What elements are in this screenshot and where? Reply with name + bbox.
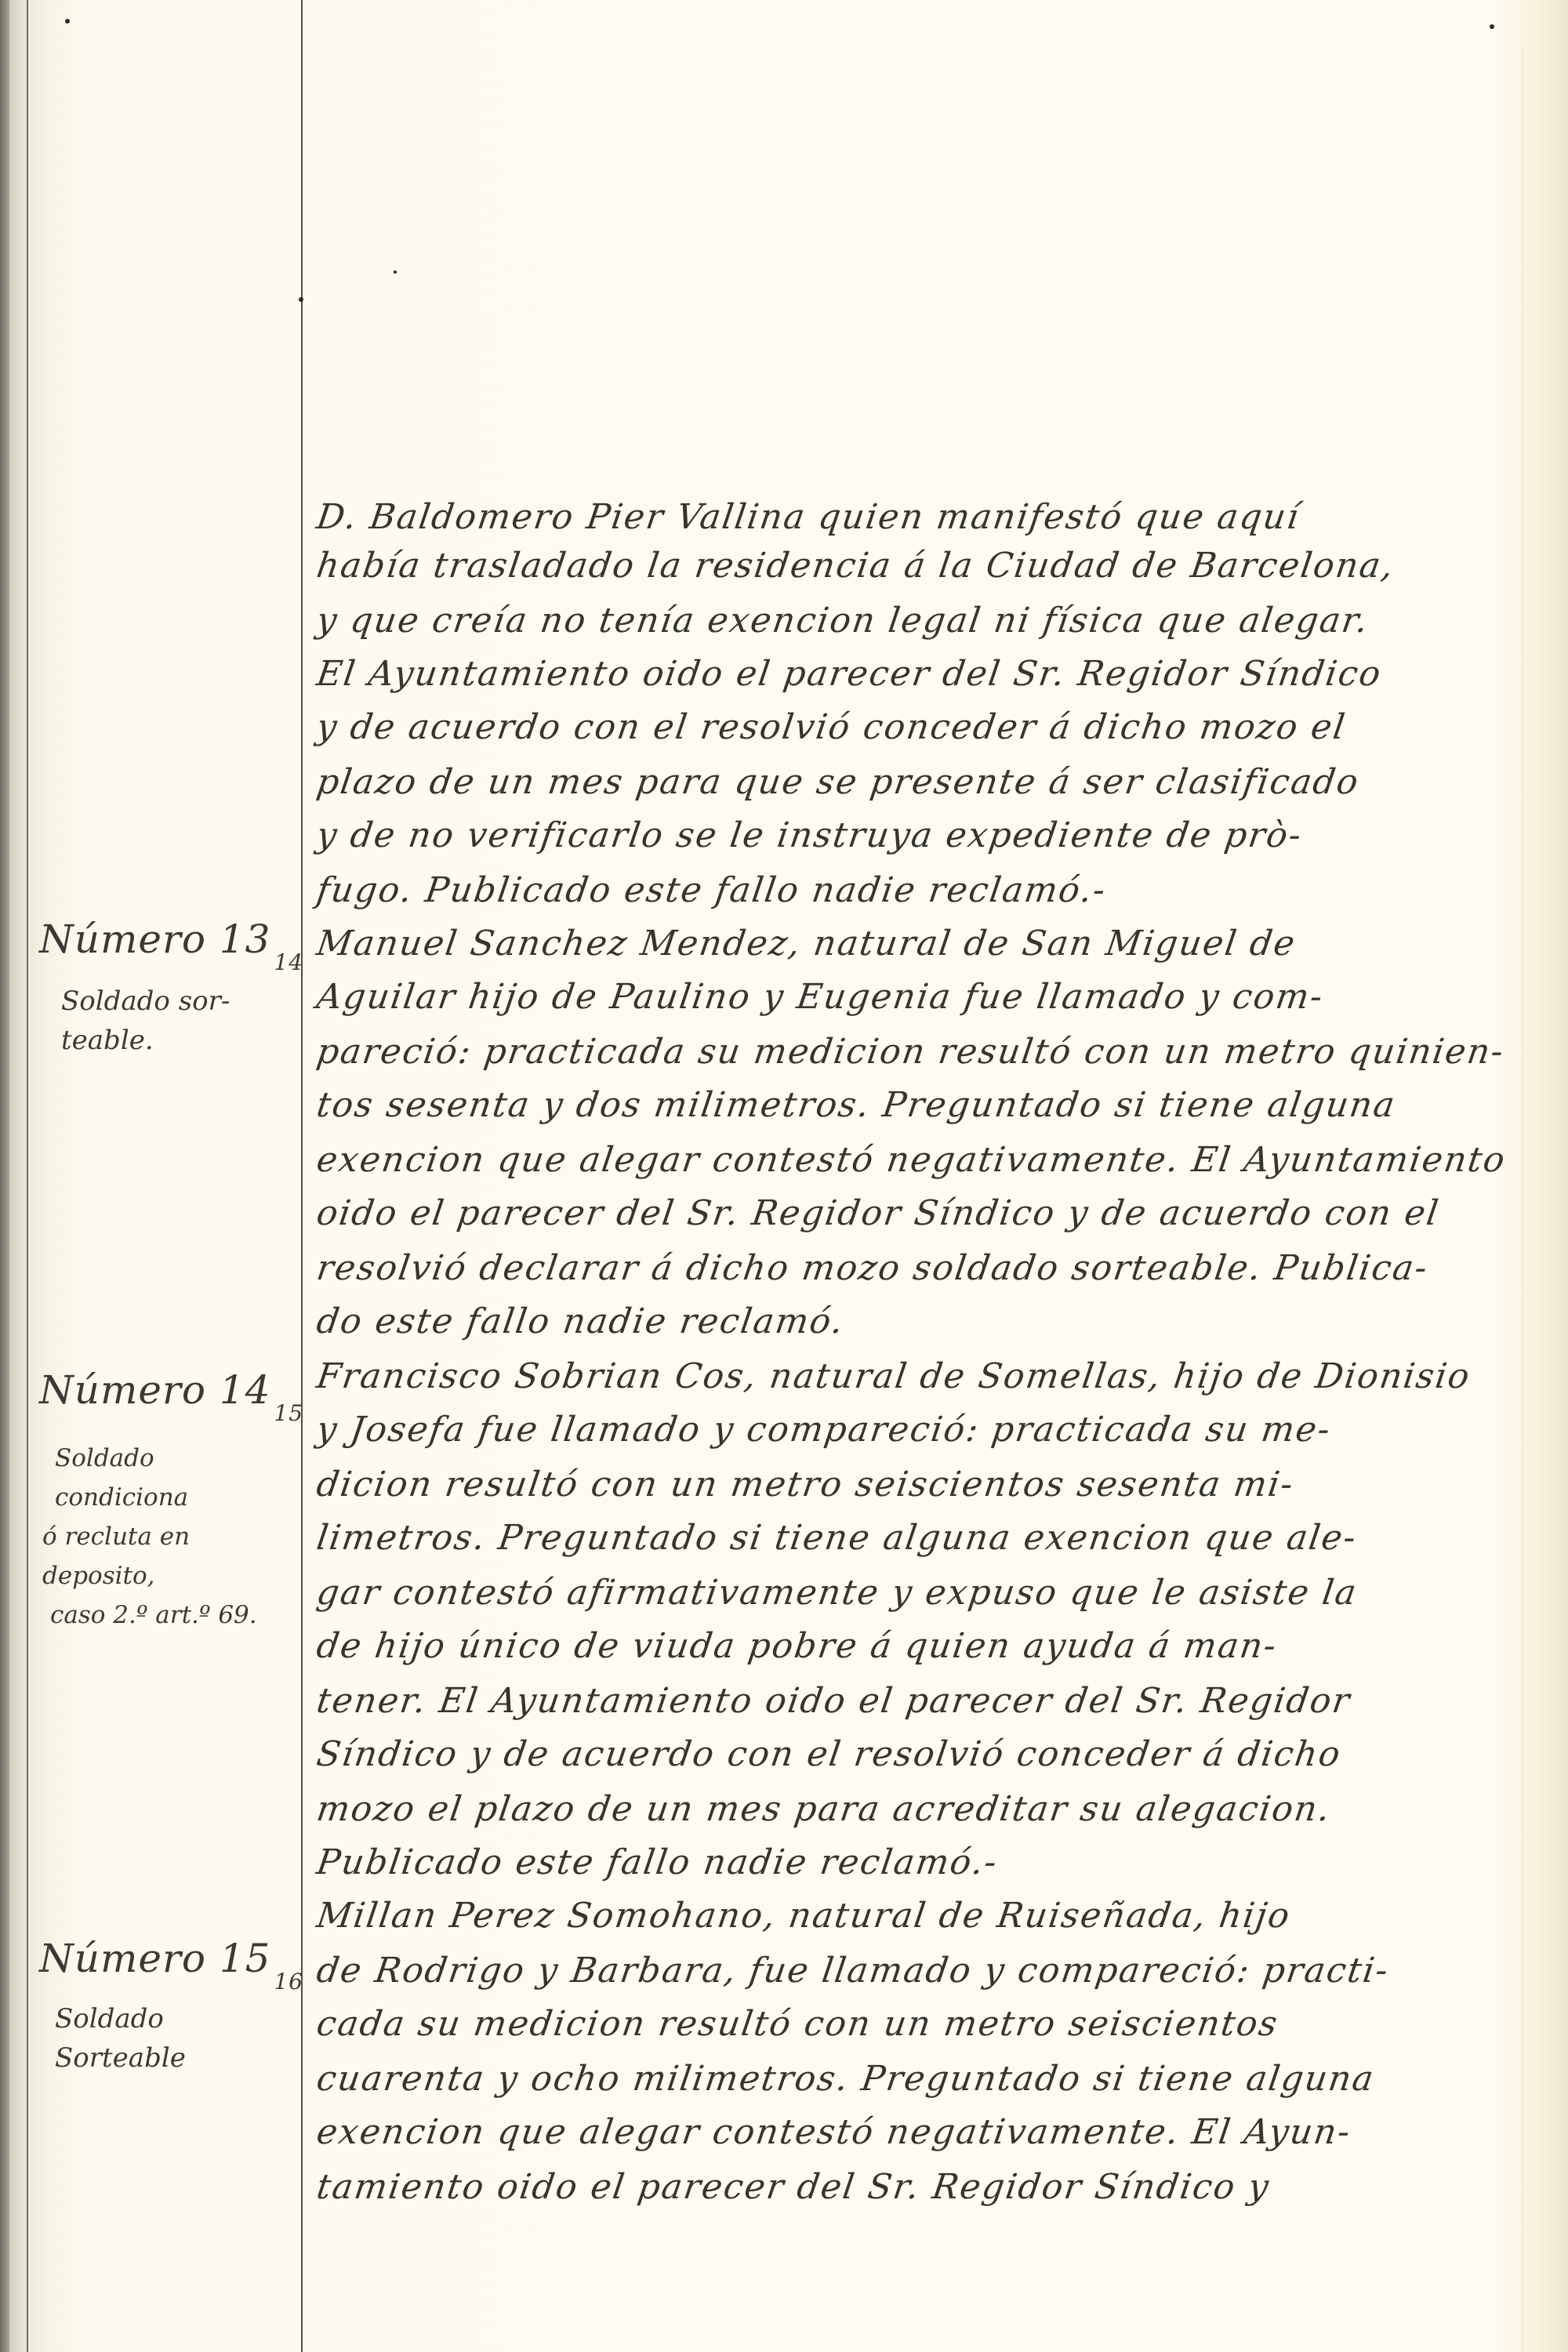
- text-line: y de acuerdo con el resolvió conceder á …: [314, 704, 1527, 751]
- text-line: cada su medicion resultó con un metro se…: [314, 2001, 1527, 2048]
- entry-number-label: Número 14: [39, 1367, 270, 1413]
- text-line: resolvió declarar á dicho mozo soldado s…: [314, 1245, 1527, 1292]
- document-page: Número 1314 Soldado sor- teable. Número …: [0, 0, 1568, 2352]
- text-line: Manuel Sanchez Mendez, natural de San Mi…: [314, 920, 1527, 967]
- text-line: D. Baldomero Pier Vallina quien manifest…: [314, 494, 1527, 541]
- text-line: y que creía no tenía exencion legal ni f…: [314, 597, 1527, 644]
- text-line: Síndico y de acuerdo con el resolvió con…: [314, 1731, 1527, 1778]
- text-line: de hijo único de viuda pobre á quien ayu…: [314, 1623, 1527, 1670]
- entry-number-correction: 15: [274, 1392, 303, 1436]
- margin-column: Número 1314 Soldado sor- teable. Número …: [39, 0, 294, 2352]
- entry-classification: Soldado Sorteable: [55, 1999, 294, 2078]
- entry-classification: Soldado condiciona: [55, 1439, 294, 1517]
- text-line: fugo. Publicado este fallo nadie reclamó…: [314, 867, 1527, 914]
- entry-number-label: Número 13: [39, 916, 270, 962]
- entry-number-correction: 14: [274, 941, 303, 985]
- text-line: Millan Perez Somohano, natural de Ruiseñ…: [314, 1893, 1527, 1940]
- text-line: mozo el plazo de un mes para acreditar s…: [314, 1786, 1527, 1833]
- text-line: gar contestó afirmativamente y expuso qu…: [314, 1570, 1527, 1617]
- book-spine-shadow: [0, 0, 9, 2352]
- body-column: D. Baldomero Pier Vallina quien manifest…: [314, 0, 1521, 2352]
- text-line: oido el parecer del Sr. Regidor Síndico …: [314, 1190, 1527, 1237]
- ink-speck: [299, 297, 303, 302]
- text-line: cuarenta y ocho milimetros. Preguntado s…: [314, 2056, 1527, 2103]
- entry-number-correction: 16: [274, 1960, 303, 2004]
- entry-number: Número 1516: [39, 1936, 294, 1987]
- text-line: plazo de un mes para que se presente á s…: [314, 759, 1527, 806]
- text-line: exencion que alegar contestó negativamen…: [314, 1137, 1527, 1184]
- entry-number-label: Número 15: [39, 1936, 270, 1981]
- text-line: y de no verificarlo se le instruya exped…: [314, 812, 1527, 859]
- text-line: tos sesenta y dos milimetros. Preguntado…: [314, 1082, 1527, 1129]
- text-line: tamiento oido el parecer del Sr. Regidor…: [314, 2164, 1527, 2211]
- entry-classification: ó recluta en deposito,: [42, 1517, 294, 1595]
- text-line: de Rodrigo y Barbara, fue llamado y comp…: [314, 1947, 1527, 1994]
- left-ruled-line: [27, 0, 28, 2352]
- text-line: Aguilar hijo de Paulino y Eugenia fue ll…: [314, 974, 1527, 1021]
- text-line: había trasladado la residencia á la Ciud…: [314, 543, 1527, 590]
- text-line: Francisco Sobrian Cos, natural de Somell…: [314, 1353, 1527, 1400]
- text-line: y Josefa fue llamado y compareció: pract…: [314, 1406, 1527, 1454]
- margin-entry-13: Número 1314 Soldado sor- teable.: [39, 917, 294, 1060]
- entry-classification: Soldado sor-: [61, 982, 294, 1021]
- entry-number: Número 1314: [39, 917, 294, 967]
- entry-classification: teable.: [61, 1021, 294, 1060]
- margin-entry-15: Número 1516 Soldado Sorteable: [39, 1936, 294, 2078]
- text-line: Publicado este fallo nadie reclamó.-: [314, 1839, 1527, 1886]
- text-line: limetros. Preguntado si tiene alguna exe…: [314, 1515, 1527, 1562]
- text-line: tener. El Ayuntamiento oido el parecer d…: [314, 1678, 1527, 1725]
- text-line: exencion que alegar contestó negativamen…: [314, 2109, 1527, 2156]
- text-line: pareció: practicada su medicion resultó …: [314, 1029, 1527, 1076]
- entry-number: Número 1415: [39, 1368, 294, 1418]
- margin-entry-14: Número 1415 Soldado condiciona ó recluta…: [39, 1368, 294, 1635]
- text-line: El Ayuntamiento oido el parecer del Sr. …: [314, 651, 1527, 698]
- text-line: do este fallo nadie reclamó.: [314, 1298, 1527, 1345]
- text-line: dicion resultó con un metro seiscientos …: [314, 1461, 1527, 1508]
- entry-classification: caso 2.º art.º 69.: [50, 1595, 294, 1635]
